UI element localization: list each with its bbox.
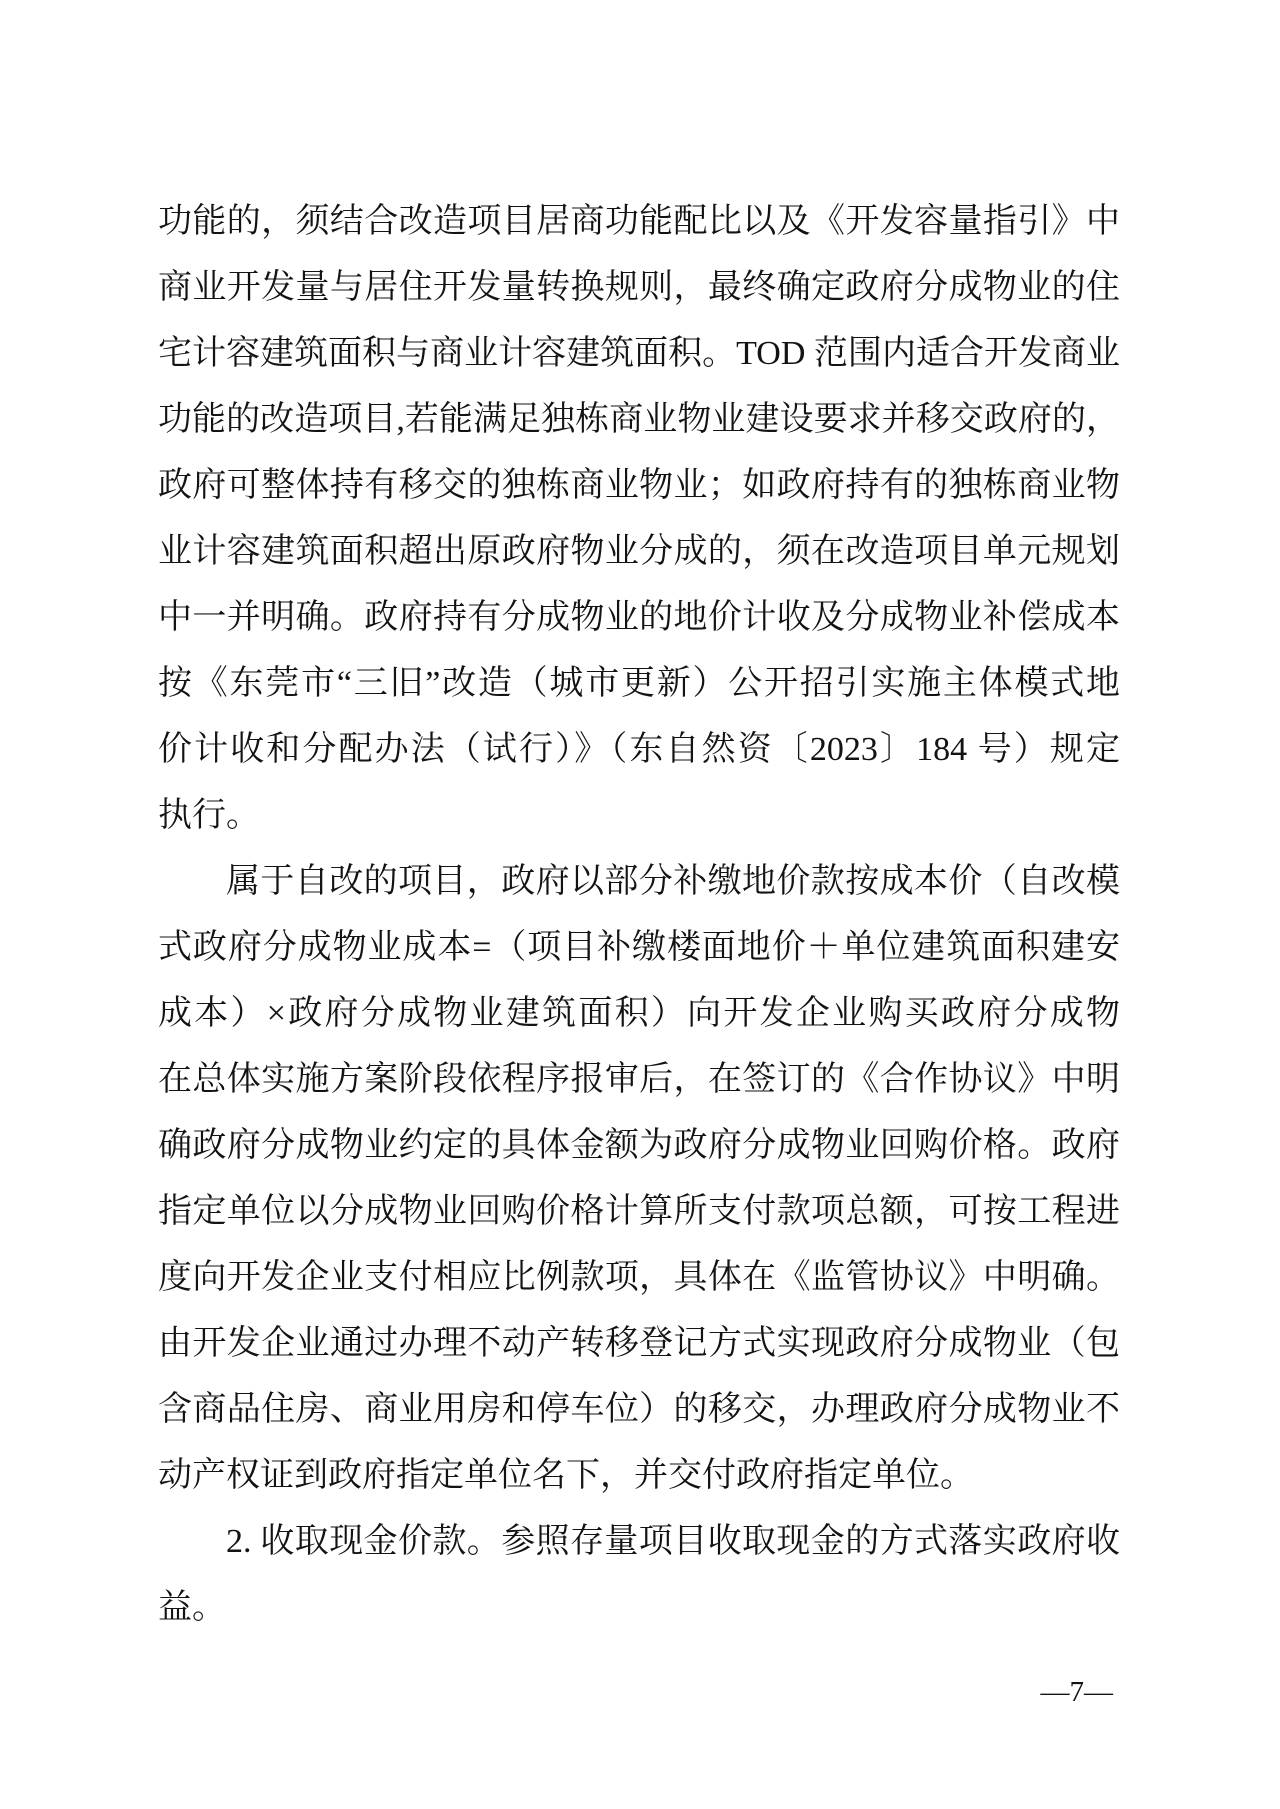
text-line: 成本）×政府分成物业建筑面积）向开发企业购买政府分成物业， <box>158 981 1120 1047</box>
text-line: 式政府分成物业成本=（项目补缴楼面地价＋单位建筑面积建安 <box>158 915 1120 981</box>
document-page: 功能的，须结合改造项目居商功能配比以及《开发容量指引》中商业开发量与居住开发量转… <box>0 0 1280 1809</box>
text-line: 含商品住房、商业用房和停车位）的移交，办理政府分成物业不 <box>158 1377 1120 1443</box>
text-line: 2. 收取现金价款。参照存量项目收取现金的方式落实政府收 <box>158 1509 1120 1575</box>
text-line: 属于自改的项目，政府以部分补缴地价款按成本价（自改模 <box>158 849 1120 915</box>
text-line: 执行。 <box>158 783 1120 849</box>
text-line: 指定单位以分成物业回购价格计算所支付款项总额，可按工程进 <box>158 1179 1120 1245</box>
text-line: 在总体实施方案阶段依程序报审后，在签订的《合作协议》中明 <box>158 1047 1120 1113</box>
text-line: 政府可整体持有移交的独栋商业物业；如政府持有的独栋商业物 <box>158 453 1120 519</box>
document-body: 功能的，须结合改造项目居商功能配比以及《开发容量指引》中商业开发量与居住开发量转… <box>158 189 1120 1641</box>
page-footer: —7— <box>1041 1676 1114 1708</box>
text-line: 中一并明确。政府持有分成物业的地价计收及分成物业补偿成本 <box>158 585 1120 651</box>
text-line: 度向开发企业支付相应比例款项，具体在《监管协议》中明确。 <box>158 1245 1120 1311</box>
text-line: 动产权证到政府指定单位名下，并交付政府指定单位。 <box>158 1443 1120 1509</box>
text-line: 宅计容建筑面积与商业计容建筑面积。TOD 范围内适合开发商业 <box>158 321 1120 387</box>
page-number: —7— <box>1041 1676 1114 1708</box>
text-line: 功能的，须结合改造项目居商功能配比以及《开发容量指引》中 <box>158 189 1120 255</box>
text-line: 由开发企业通过办理不动产转移登记方式实现政府分成物业（包 <box>158 1311 1120 1377</box>
text-line: 业计容建筑面积超出原政府物业分成的，须在改造项目单元规划 <box>158 519 1120 585</box>
text-line: 功能的改造项目,若能满足独栋商业物业建设要求并移交政府的， <box>158 387 1120 453</box>
text-line: 益。 <box>158 1575 1120 1641</box>
text-line: 按《东莞市“三旧”改造（城市更新）公开招引实施主体模式地 <box>158 651 1120 717</box>
text-line: 确政府分成物业约定的具体金额为政府分成物业回购价格。政府 <box>158 1113 1120 1179</box>
text-line: 商业开发量与居住开发量转换规则，最终确定政府分成物业的住 <box>158 255 1120 321</box>
text-line: 价计收和分配办法（试行）》（东自然资〔2023〕184 号）规定 <box>158 717 1120 783</box>
